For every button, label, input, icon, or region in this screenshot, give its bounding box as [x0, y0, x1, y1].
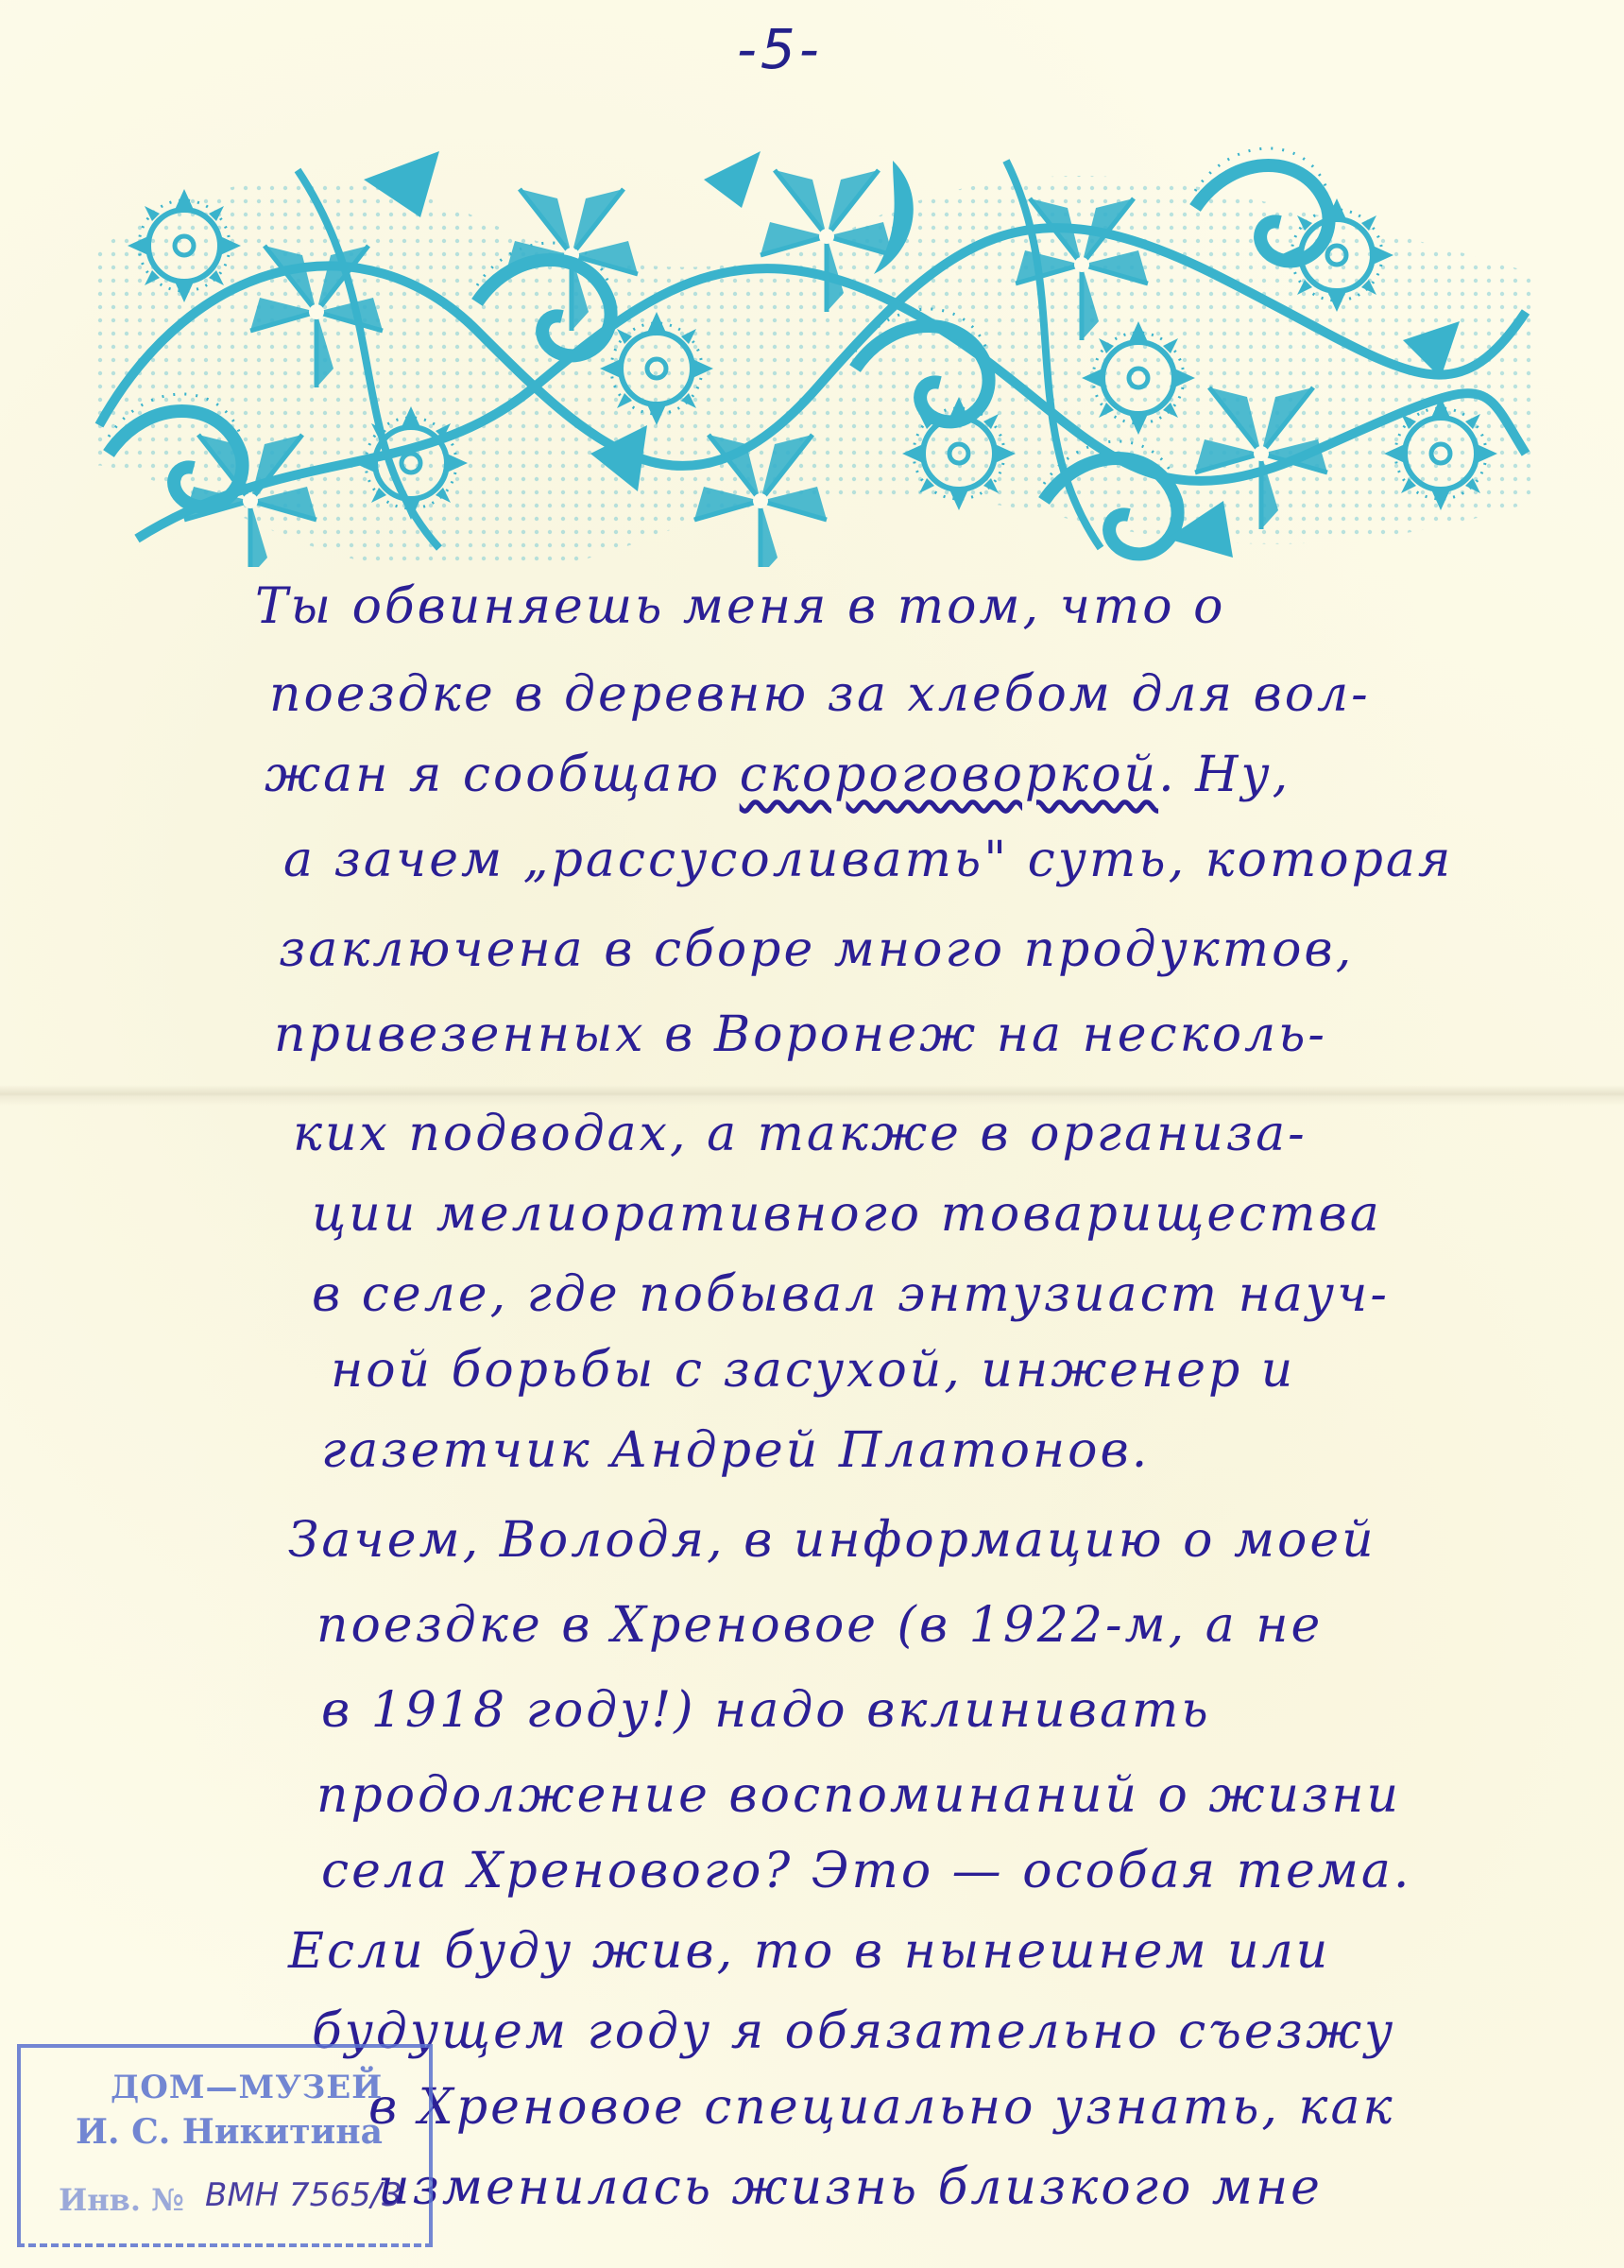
- letter-line: в 1918 году!) надо вклинивать: [321, 1682, 1211, 1739]
- museum-inventory-stamp: ДОМ—МУЗЕЙ И. С. Никитина Инв. № ВМН 7565…: [17, 2044, 433, 2247]
- stamp-inventory-number: ВМН 7565/3: [205, 2176, 402, 2214]
- letter-line-text: жан я сообщаю: [265, 747, 740, 803]
- letter-line: ной борьбы с засухой, инженер и: [331, 1342, 1295, 1399]
- stamp-inventory-label: Инв. №: [59, 2182, 184, 2218]
- letter-line: ких подводах, а также в организа-: [293, 1106, 1308, 1162]
- letter-line-with-underline: жан я сообщаю скороговоркой. Ну,: [265, 747, 1291, 803]
- letter-line: Зачем, Володя, в информацию о моей: [288, 1512, 1376, 1569]
- letter-line: продолжение воспоминаний о жизни: [316, 1767, 1401, 1824]
- letter-line: села Хренового? Это — особая тема.: [321, 1843, 1411, 1899]
- letter-line: заключена в сборе много продуктов,: [279, 921, 1354, 978]
- letter-line: изменилась жизнь близкого мне: [378, 2159, 1323, 2216]
- letter-line: ции мелиоративного товарищества: [312, 1186, 1382, 1243]
- letter-line: будущем году я обязательно съезжу: [312, 2003, 1395, 2060]
- letter-line: Если буду жив, то в нынешнем или: [288, 1923, 1330, 1980]
- letter-line: в Хреновое специально узнать, как: [368, 2079, 1395, 2136]
- letter-line: Ты обвиняешь меня в том, что о: [255, 578, 1225, 635]
- letter-line: а зачем „рассусоливать" суть, которая: [283, 832, 1453, 888]
- stamp-museum-name: И. С. Никитина: [76, 2112, 383, 2152]
- letter-line: поездке в деревню за хлебом для вол-: [269, 666, 1371, 723]
- letter-line: газетчик Андрей Платонов.: [321, 1422, 1150, 1479]
- stamp-museum-label: ДОМ—МУЗЕЙ: [111, 2069, 383, 2106]
- underlined-word: скороговоркой: [740, 747, 1158, 803]
- letter-line: в селе, где побывал энтузиаст науч-: [312, 1266, 1390, 1323]
- letter-line: поездке в Хреновое (в 1922-м, а не: [316, 1597, 1323, 1654]
- letter-line-text: . Ну,: [1158, 747, 1291, 803]
- handwritten-letter-body: Ты обвиняешь меня в том, что о поездке в…: [0, 0, 1624, 2268]
- letter-line: привезенных в Воронеж на несколь-: [274, 1006, 1327, 1063]
